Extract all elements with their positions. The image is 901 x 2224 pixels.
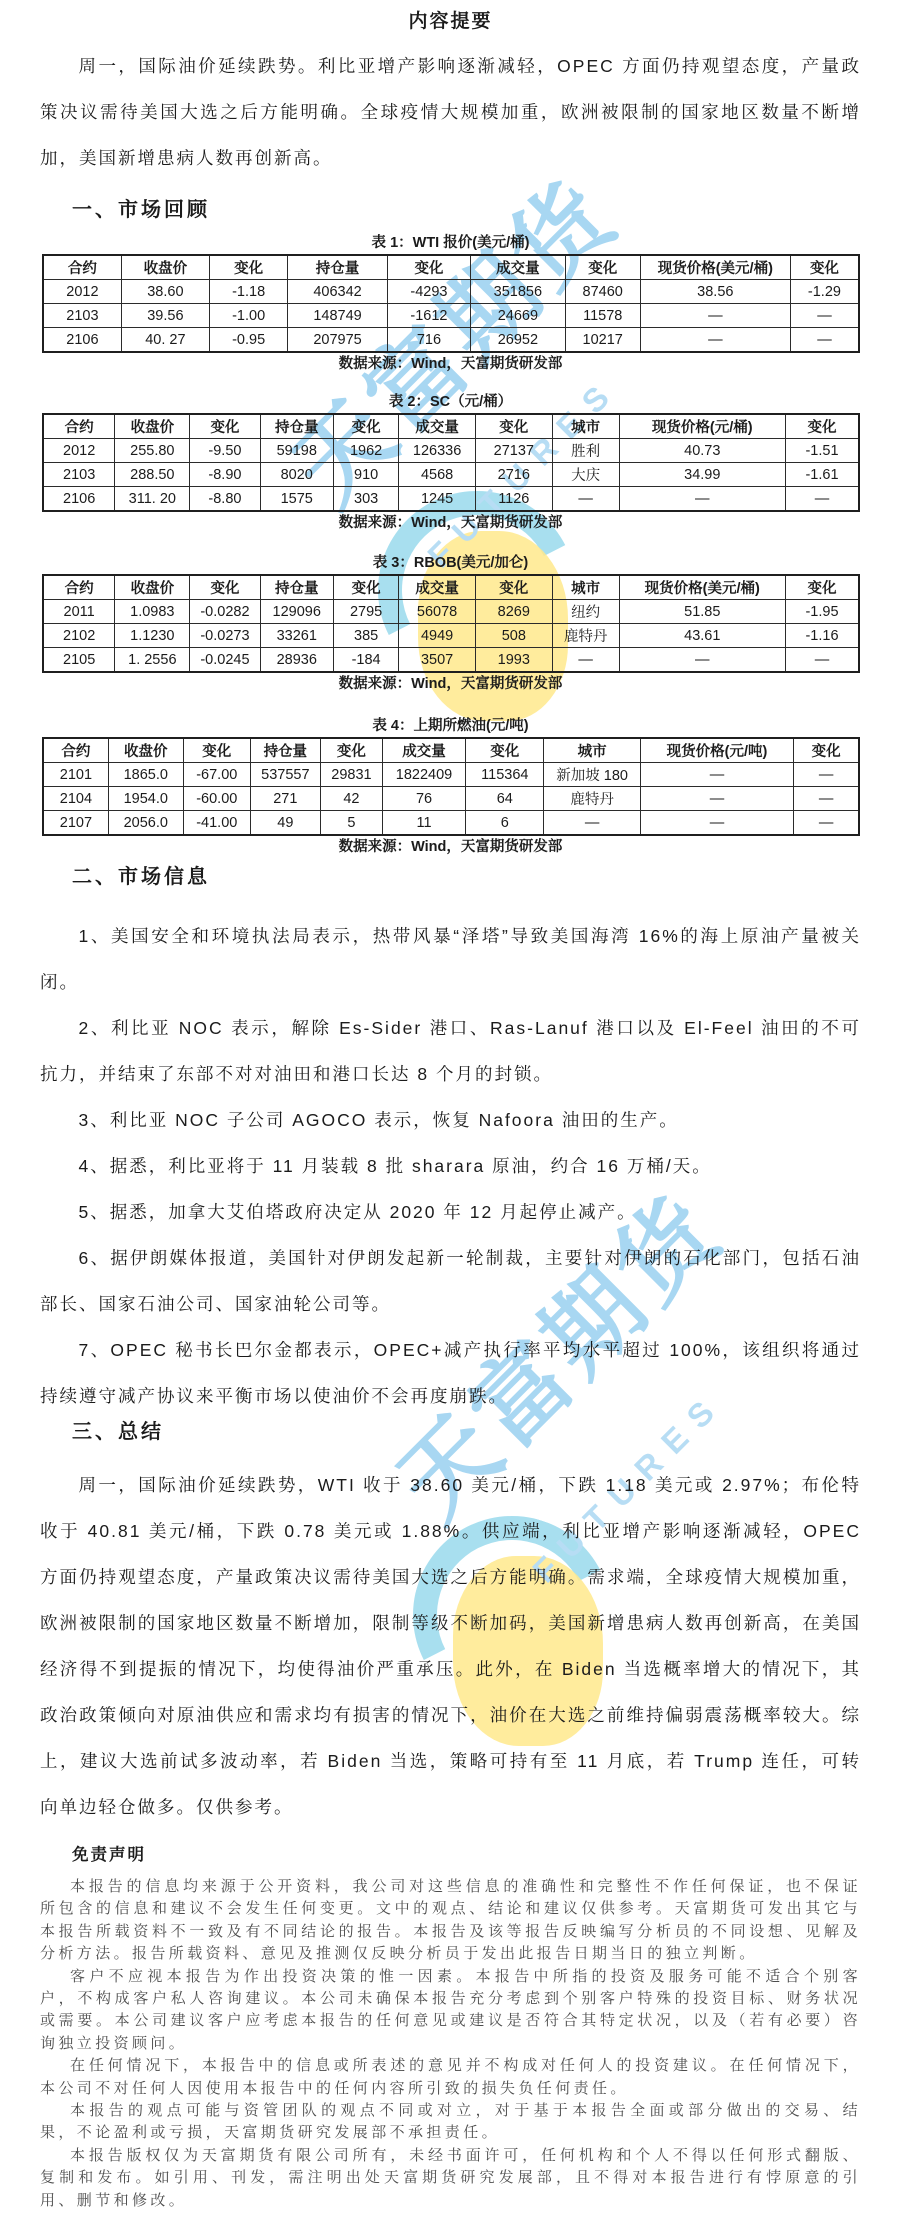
table-cell: 2106 (43, 487, 115, 512)
table-cell: -0.0245 (190, 648, 260, 673)
fuel-oil-table-block: 表 4：上期所燃油(元/吨) 合约收盘价变化持仓量变化成交量变化城市现货价格(元… (0, 715, 901, 858)
table-cell: 1993 (475, 648, 552, 673)
disclaimer-paragraph: 客户不应视本报告为作出投资决策的惟一因素。本报告中所指的投资及服务可能不适合个别… (40, 1966, 861, 2056)
table-title-rbob: 表 3：RBOB(美元/加仑) (0, 552, 901, 574)
data-source-note: 数据来源：Wind，天富期货研发部 (0, 353, 901, 375)
table-cell: 38.56 (640, 280, 790, 304)
table-cell: -1612 (387, 304, 470, 328)
disclaimer-paragraph: 本报告的信息均来源于公开资料，我公司对这些信息的准确性和完整性不作任何保证，也不… (40, 1876, 861, 1966)
table-cell: — (552, 648, 619, 673)
table-cell: 64 (466, 787, 544, 811)
table-cell: -0.0273 (190, 624, 260, 648)
market-info-point: 3、利比亚 NOC 子公司 AGOCO 表示，恢复 Nafoora 油田的生产。 (40, 1097, 861, 1143)
column-header: 成交量 (471, 255, 566, 280)
summary-paragraph: 周一，国际油价延续跌势，WTI 收于 38.60 美元/桶，下跌 1.18 美元… (40, 1462, 861, 1830)
market-info-point: 5、据悉，加拿大艾伯塔政府决定从 2020 年 12 月起停止减产。 (40, 1189, 861, 1235)
column-header: 现货价格(元/吨) (640, 738, 793, 763)
table-row: 210339.56-1.00148749-16122466911578—— (43, 304, 859, 328)
table-cell: 2103 (43, 304, 121, 328)
table-cell: 胜利 (552, 439, 619, 463)
table-cell: — (640, 763, 793, 787)
column-header: 合约 (43, 575, 115, 600)
column-header: 变化 (786, 414, 860, 439)
table-row: 21021.1230-0.0273332613854949508鹿特丹43.61… (43, 624, 859, 648)
table-cell: 207975 (288, 328, 388, 353)
market-info-point: 7、OPEC 秘书长巴尔金都表示，OPEC+减产执行率平均水平超过 100%，该… (40, 1327, 861, 1419)
table-row: 21041954.0-60.00271427664鹿特丹—— (43, 787, 859, 811)
table-cell: 311. 20 (115, 487, 190, 512)
table-cell: — (786, 487, 860, 512)
table-cell: 40. 27 (121, 328, 209, 353)
table-cell: -60.00 (183, 787, 250, 811)
table-cell: 鹿特丹 (544, 787, 640, 811)
table-cell: 76 (382, 787, 465, 811)
table-cell: — (794, 763, 859, 787)
table-cell: 纽约 (552, 600, 619, 624)
table-cell: 2716 (475, 463, 552, 487)
table-row: 20111.0983-0.02821290962795560788269纽约51… (43, 600, 859, 624)
column-header: 变化 (320, 738, 382, 763)
table-cell: -1.95 (786, 600, 860, 624)
table-cell: 87460 (565, 280, 640, 304)
table-row: 201238.60-1.18406342-42933518568746038.5… (43, 280, 859, 304)
column-header: 变化 (387, 255, 470, 280)
column-header: 收盘价 (108, 738, 183, 763)
table-row: 2103288.50-8.90802091045682716大庆34.99-1.… (43, 463, 859, 487)
table-cell: 1126 (475, 487, 552, 512)
table-cell: 34.99 (619, 463, 785, 487)
table-cell: 4568 (399, 463, 476, 487)
column-header: 变化 (475, 414, 552, 439)
table-cell: 39.56 (121, 304, 209, 328)
table-cell: 1. 2556 (115, 648, 190, 673)
table-row: 210640. 27-0.952079757162695210217—— (43, 328, 859, 353)
table-cell: 8020 (260, 463, 333, 487)
table-cell: -4293 (387, 280, 470, 304)
market-info-point: 4、据悉，利比亚将于 11 月装载 8 批 sharara 原油，约合 16 万… (40, 1143, 861, 1189)
column-header: 城市 (552, 575, 619, 600)
table-cell: 新加坡 180 (544, 763, 640, 787)
table-cell: 129096 (260, 600, 333, 624)
column-header: 持仓量 (288, 255, 388, 280)
column-header: 变化 (183, 738, 250, 763)
market-info-point: 2、利比亚 NOC 表示，解除 Es-Sider 港口、Ras-Lanuf 港口… (40, 1005, 861, 1097)
column-header: 变化 (786, 575, 860, 600)
rbob-table-block: 表 3：RBOB(美元/加仑) 合约收盘价变化持仓量变化成交量变化城市现货价格(… (0, 552, 901, 695)
table-row: 21051. 2556-0.024528936-18435071993——— (43, 648, 859, 673)
table-cell: 49 (250, 811, 320, 836)
table-cell: 288.50 (115, 463, 190, 487)
data-source-note: 数据来源：Wind，天富期货研发部 (0, 512, 901, 534)
column-header: 现货价格(美元/桶) (640, 255, 790, 280)
column-header: 收盘价 (115, 575, 190, 600)
table-row: 2012255.80-9.5059198196212633627137胜利40.… (43, 439, 859, 463)
column-header: 合约 (43, 255, 121, 280)
column-header: 现货价格(元/桶) (619, 414, 785, 439)
table-cell: 1.1230 (115, 624, 190, 648)
table-cell: 28936 (260, 648, 333, 673)
column-header: 变化 (190, 575, 260, 600)
table-cell: — (619, 487, 785, 512)
report-page: 天富期货 FUTURES 天富期货 FUTURES 内容提要 周一，国际油价延续… (0, 0, 901, 2224)
table-cell: 385 (333, 624, 398, 648)
table-cell: 10217 (565, 328, 640, 353)
table-cell: 2012 (43, 280, 121, 304)
table-cell: 3507 (399, 648, 476, 673)
section-heading-market-info: 二、市场信息 (72, 864, 861, 891)
table-cell: — (544, 811, 640, 836)
fuel-oil-quotes-table: 合约收盘价变化持仓量变化成交量变化城市现货价格(元/吨)变化 21011865.… (42, 737, 860, 836)
table-cell: 33261 (260, 624, 333, 648)
table-cell: 508 (475, 624, 552, 648)
column-header: 收盘价 (115, 414, 190, 439)
table-cell: -1.16 (786, 624, 860, 648)
table-cell: 351856 (471, 280, 566, 304)
column-header: 收盘价 (121, 255, 209, 280)
column-header: 变化 (333, 414, 398, 439)
column-header: 变化 (790, 255, 859, 280)
table-title-wti: 表 1：WTI 报价(美元/桶) (0, 232, 901, 254)
column-header: 变化 (209, 255, 287, 280)
column-header: 变化 (794, 738, 859, 763)
table-cell: — (640, 787, 793, 811)
column-header: 持仓量 (260, 414, 333, 439)
table-cell: 148749 (288, 304, 388, 328)
disclaimer-paragraph: 本报告版权仅为天富期货有限公司所有，未经书面许可，任何机构和个人不得以任何形式翻… (40, 2145, 861, 2212)
column-header: 城市 (552, 414, 619, 439)
sc-table-block: 表 2：SC（元/桶） 合约收盘价变化持仓量变化成交量变化城市现货价格(元/桶)… (0, 391, 901, 534)
data-source-note: 数据来源：Wind，天富期货研发部 (0, 836, 901, 858)
table-cell: — (640, 304, 790, 328)
table-cell: 11578 (565, 304, 640, 328)
table-cell: 2102 (43, 624, 115, 648)
table-header-row: 合约收盘价变化持仓量变化成交量变化现货价格(美元/桶)变化 (43, 255, 859, 280)
table-cell: 4949 (399, 624, 476, 648)
column-header: 成交量 (382, 738, 465, 763)
table-cell: -184 (333, 648, 398, 673)
table-cell: — (790, 328, 859, 353)
table-cell: 40.73 (619, 439, 785, 463)
table-title-sc: 表 2：SC（元/桶） (0, 391, 901, 413)
table-cell: — (790, 304, 859, 328)
table-cell: 1962 (333, 439, 398, 463)
rbob-quotes-table: 合约收盘价变化持仓量变化成交量变化城市现货价格(美元/桶)变化 20111.09… (42, 574, 860, 673)
column-header: 现货价格(美元/桶) (619, 575, 785, 600)
table-cell: -8.80 (190, 487, 260, 512)
column-header: 变化 (475, 575, 552, 600)
table-cell: 1865.0 (108, 763, 183, 787)
table-cell: 2101 (43, 763, 108, 787)
column-header: 合约 (43, 738, 108, 763)
table-cell: 43.61 (619, 624, 785, 648)
table-cell: -0.95 (209, 328, 287, 353)
wti-quotes-table: 合约收盘价变化持仓量变化成交量变化现货价格(美元/桶)变化 201238.60-… (42, 254, 860, 353)
table-cell: -1.00 (209, 304, 287, 328)
column-header: 持仓量 (250, 738, 320, 763)
disclaimer-section: 本报告的信息均来源于公开资料，我公司对这些信息的准确性和完整性不作任何保证，也不… (0, 1876, 901, 2212)
table-title-fuel-oil: 表 4：上期所燃油(元/吨) (0, 715, 901, 737)
section-heading-market-review: 一、市场回顾 (72, 197, 861, 224)
page-title: 内容提要 (0, 0, 901, 35)
table-cell: 2056.0 (108, 811, 183, 836)
table-header-row: 合约收盘价变化持仓量变化成交量变化城市现货价格(元/桶)变化 (43, 414, 859, 439)
table-cell: 5 (320, 811, 382, 836)
table-cell: 2012 (43, 439, 115, 463)
table-cell: 406342 (288, 280, 388, 304)
table-cell: 2011 (43, 600, 115, 624)
table-cell: 鹿特丹 (552, 624, 619, 648)
table-cell: 2795 (333, 600, 398, 624)
section-heading-summary: 三、总结 (72, 1419, 861, 1446)
column-header: 持仓量 (260, 575, 333, 600)
table-cell: 1245 (399, 487, 476, 512)
table-cell: — (552, 487, 619, 512)
table-cell: -8.90 (190, 463, 260, 487)
table-cell: 910 (333, 463, 398, 487)
table-cell: 59198 (260, 439, 333, 463)
market-info-point: 6、据伊朗媒体报道，美国针对伊朗发起新一轮制裁，主要针对伊朗的石化部门，包括石油… (40, 1235, 861, 1327)
table-cell: 42 (320, 787, 382, 811)
table-cell: 51.85 (619, 600, 785, 624)
table-cell: 2106 (43, 328, 121, 353)
table-cell: 537557 (250, 763, 320, 787)
disclaimer-paragraph: 本报告的观点可能与资管团队的观点不同或对立，对于基于本报告全面或部分做出的交易、… (40, 2100, 861, 2145)
table-cell: 2107 (43, 811, 108, 836)
table-cell: -9.50 (190, 439, 260, 463)
column-header: 成交量 (399, 414, 476, 439)
column-header: 变化 (333, 575, 398, 600)
table-cell: — (794, 787, 859, 811)
disclaimer-title: 免责声明 (72, 1844, 861, 1866)
table-cell: — (640, 811, 793, 836)
table-row: 21011865.0-67.00537557298311822409115364… (43, 763, 859, 787)
table-cell: -41.00 (183, 811, 250, 836)
intro-paragraph: 周一，国际油价延续跌势。利比亚增产影响逐渐减轻，OPEC 方面仍持观望态度，产量… (40, 43, 861, 181)
table-cell: 255.80 (115, 439, 190, 463)
table-row: 21072056.0-41.00495116——— (43, 811, 859, 836)
table-cell: 126336 (399, 439, 476, 463)
disclaimer-paragraph: 在任何情况下，本报告中的信息或所表述的意见并不构成对任何人的投资建议。在任何情况… (40, 2055, 861, 2100)
table-cell: — (619, 648, 785, 673)
data-source-note: 数据来源：Wind，天富期货研发部 (0, 673, 901, 695)
table-header-row: 合约收盘价变化持仓量变化成交量变化城市现货价格(元/吨)变化 (43, 738, 859, 763)
table-cell: -1.61 (786, 463, 860, 487)
table-cell: 1575 (260, 487, 333, 512)
table-cell: 6 (466, 811, 544, 836)
table-header-row: 合约收盘价变化持仓量变化成交量变化城市现货价格(美元/桶)变化 (43, 575, 859, 600)
sc-quotes-table: 合约收盘价变化持仓量变化成交量变化城市现货价格(元/桶)变化 2012255.8… (42, 413, 860, 512)
market-info-points: 1、美国安全和环境执法局表示，热带风暴“泽塔”导致美国海湾 16%的海上原油产量… (0, 913, 901, 1419)
table-row: 2106311. 20-8.80157530312451126——— (43, 487, 859, 512)
table-cell: 27137 (475, 439, 552, 463)
table-cell: — (794, 811, 859, 836)
table-cell: 29831 (320, 763, 382, 787)
table-cell: -1.29 (790, 280, 859, 304)
table-cell: — (640, 328, 790, 353)
table-cell: 1954.0 (108, 787, 183, 811)
table-cell: 26952 (471, 328, 566, 353)
column-header: 变化 (190, 414, 260, 439)
table-cell: 115364 (466, 763, 544, 787)
table-cell: -1.51 (786, 439, 860, 463)
table-cell: 2103 (43, 463, 115, 487)
table-cell: 716 (387, 328, 470, 353)
table-cell: — (786, 648, 860, 673)
market-info-point: 1、美国安全和环境执法局表示，热带风暴“泽塔”导致美国海湾 16%的海上原油产量… (40, 913, 861, 1005)
column-header: 城市 (544, 738, 640, 763)
table-cell: 303 (333, 487, 398, 512)
column-header: 合约 (43, 414, 115, 439)
table-cell: -0.0282 (190, 600, 260, 624)
table-cell: 56078 (399, 600, 476, 624)
column-header: 成交量 (399, 575, 476, 600)
table-cell: 1.0983 (115, 600, 190, 624)
column-header: 变化 (466, 738, 544, 763)
table-cell: 271 (250, 787, 320, 811)
wti-table-block: 表 1：WTI 报价(美元/桶) 合约收盘价变化持仓量变化成交量变化现货价格(美… (0, 232, 901, 375)
table-cell: 2105 (43, 648, 115, 673)
column-header: 变化 (565, 255, 640, 280)
table-cell: 1822409 (382, 763, 465, 787)
table-cell: 2104 (43, 787, 108, 811)
table-cell: 8269 (475, 600, 552, 624)
table-cell: 11 (382, 811, 465, 836)
table-cell: 24669 (471, 304, 566, 328)
table-cell: -67.00 (183, 763, 250, 787)
table-cell: -1.18 (209, 280, 287, 304)
table-cell: 38.60 (121, 280, 209, 304)
table-cell: 大庆 (552, 463, 619, 487)
